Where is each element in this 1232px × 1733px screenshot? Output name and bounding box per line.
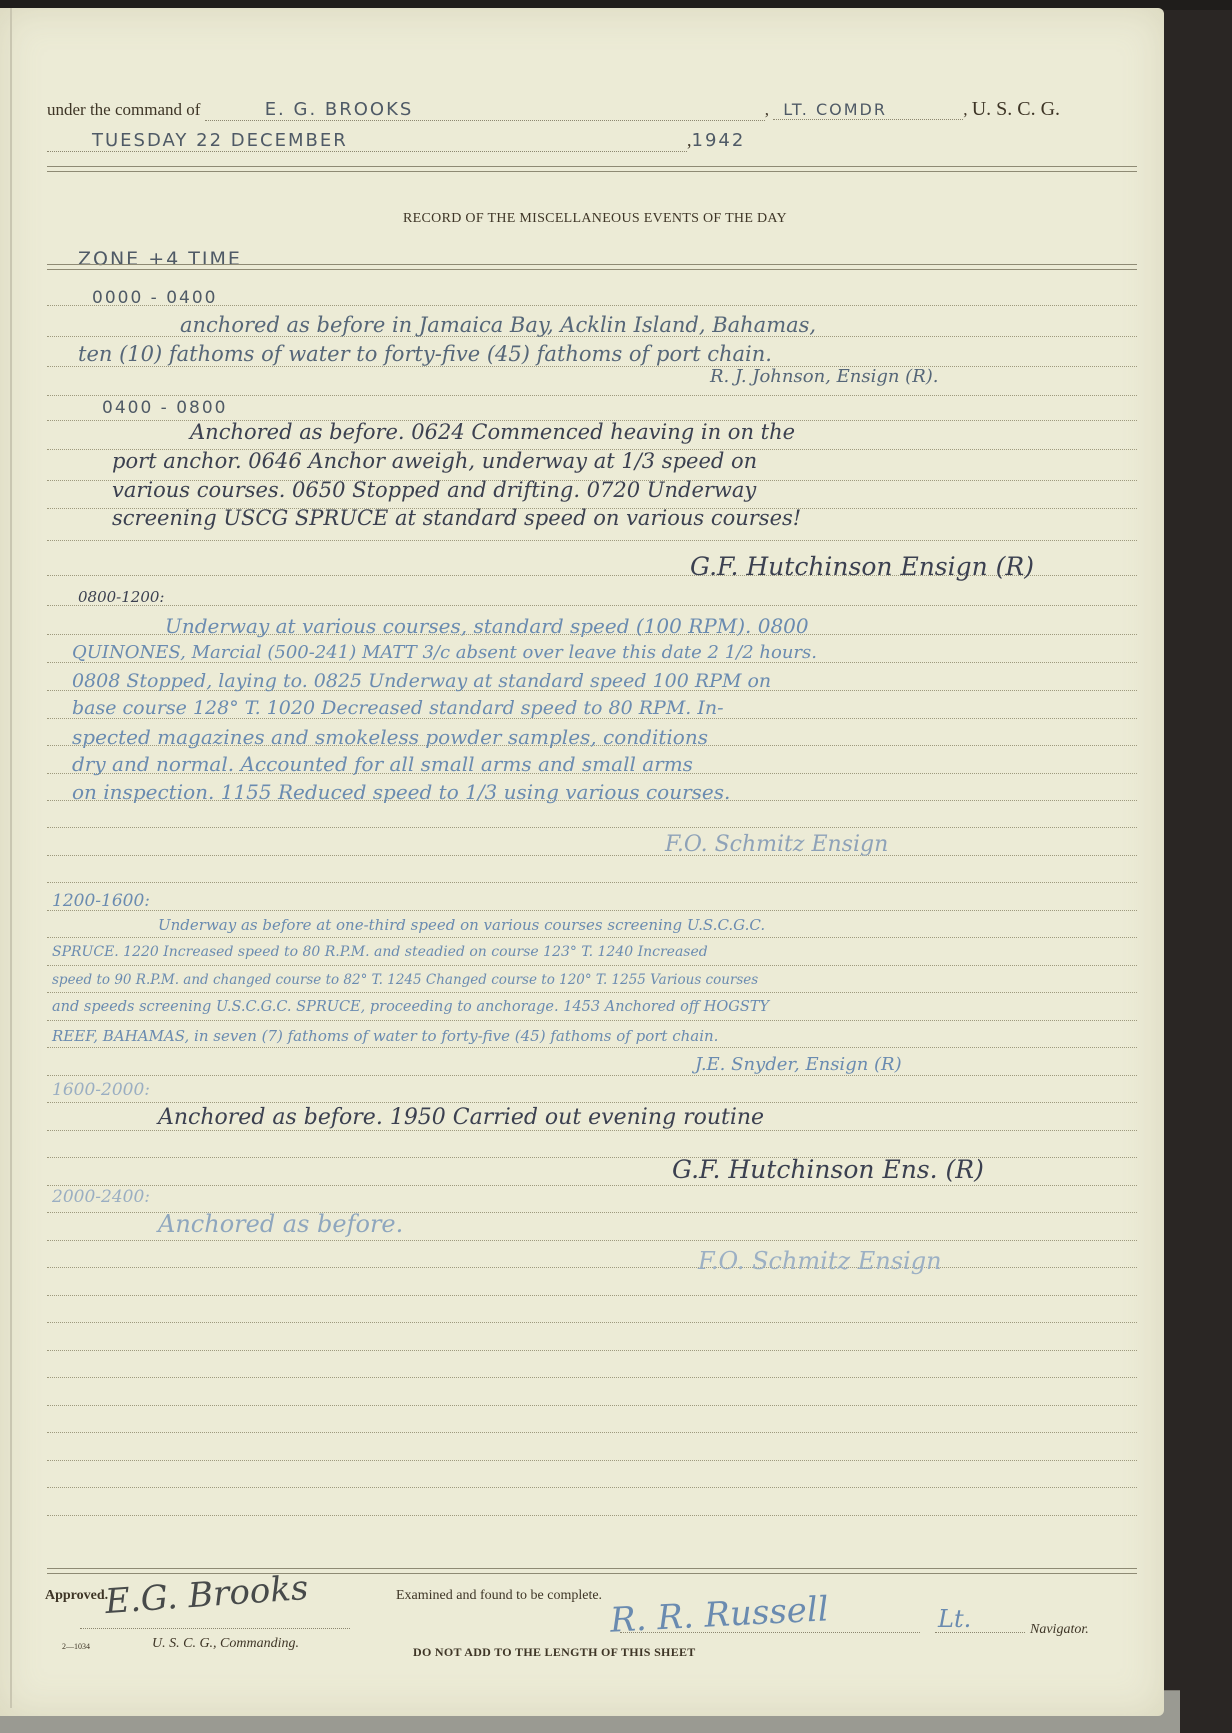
sheet-warning: DO NOT ADD TO THE LENGTH OF THIS SHEET (413, 1645, 696, 1660)
header-divider (47, 166, 1137, 172)
service-label: U. S. C. G. (972, 98, 1060, 120)
entry-line: various courses. 0650 Stopped and drifti… (112, 478, 1192, 502)
commanding-label: U. S. C. G., Commanding. (152, 1636, 299, 1652)
entry-line: Underway as before at one-third speed on… (158, 916, 1232, 934)
navigator-rank: Lt. (938, 1605, 971, 1633)
entry-line: anchored as before in Jamaica Bay, Ackli… (180, 313, 1232, 337)
entry-line: SPRUCE. 1220 Increased speed to 80 R.P.M… (52, 944, 1132, 960)
watch-officer-signature: R. J. Johnson, Ensign (R). (710, 366, 1232, 387)
approved-label: Approved. (45, 1588, 108, 1604)
watch-period: 2000-2400: (52, 1187, 1132, 1207)
entry-line: QUINONES, Marcial (500-241) MATT 3/c abs… (72, 642, 1152, 663)
commanding-signature-line (80, 1628, 350, 1629)
commander-name: E. G. BROOKS (205, 99, 765, 121)
command-row: under the command of E. G. BROOKS, LT. C… (47, 98, 1060, 121)
entry-line: ten (10) fathoms of water to forty-five … (78, 342, 1158, 366)
date-row: TUESDAY 22 DECEMBER,1942 (47, 130, 745, 152)
form-number: 2—1034 (62, 1642, 90, 1651)
entry-line: 0808 Stopped, laying to. 0825 Underway a… (72, 670, 1152, 692)
navigator-signature-line (620, 1632, 920, 1633)
watch-officer-signature: F.O. Schmitz Ensign (665, 832, 1232, 857)
entry-line: on inspection. 1155 Reduced speed to 1/3… (72, 780, 1152, 804)
entry-line: REEF, BAHAMAS, in seven (7) fathoms of w… (52, 1027, 1132, 1045)
entry-line: Anchored as before. 1950 Carried out eve… (158, 1105, 1232, 1130)
watch-period: 0800-1200: (78, 588, 1158, 606)
commander-rank: LT. COMDR (773, 100, 963, 120)
entry-line: spected magazines and smokeless powder s… (72, 725, 1152, 749)
binding-edge (10, 8, 12, 1708)
command-label: under the command of (47, 100, 200, 119)
date-field: TUESDAY 22 DECEMBER (47, 130, 687, 152)
watch-officer-signature: J.E. Snyder, Ensign (R) (695, 1054, 1232, 1075)
entry-line: and speeds screening U.S.C.G.C. SPRUCE, … (52, 999, 1132, 1015)
navigator-label: Navigator. (1030, 1622, 1089, 1638)
watch-period: 1200-1600: (52, 891, 1132, 911)
entry-line: Underway at various courses, standard sp… (165, 614, 1232, 638)
entry-line: dry and normal. Accounted for all small … (72, 752, 1152, 776)
entry-line: base course 128° T. 1020 Decreased stand… (72, 697, 1152, 719)
examined-label: Examined and found to be complete. (396, 1588, 602, 1604)
section-divider (47, 264, 1137, 270)
entry-line: Anchored as before. 0624 Commenced heavi… (190, 420, 1232, 444)
watch-officer-signature: F.O. Schmitz Ensign (698, 1247, 1232, 1275)
footer-divider (47, 1568, 1137, 1574)
watch-officer-signature: G.F. Hutchinson Ens. (R) (672, 1155, 1232, 1184)
entry-line: port anchor. 0646 Anchor aweigh, underwa… (112, 449, 1192, 473)
watch-period: 0400 - 0800 (102, 398, 1182, 418)
entry-line: screening USCG SPRUCE at standard speed … (112, 506, 1192, 530)
watch-period: 1600-2000: (52, 1080, 1132, 1100)
navigator-rank-line (935, 1632, 1025, 1633)
watch-officer-signature: G.F. Hutchinson Ensign (R) (690, 552, 1232, 581)
entry-line: Anchored as before. (158, 1210, 1232, 1238)
year-field: 1942 (692, 130, 746, 151)
section-title: RECORD OF THE MISCELLANEOUS EVENTS OF TH… (0, 211, 1190, 227)
entry-line: speed to 90 R.P.M. and changed course to… (52, 972, 1132, 988)
watch-period: 0000 - 0400 (92, 288, 1172, 308)
